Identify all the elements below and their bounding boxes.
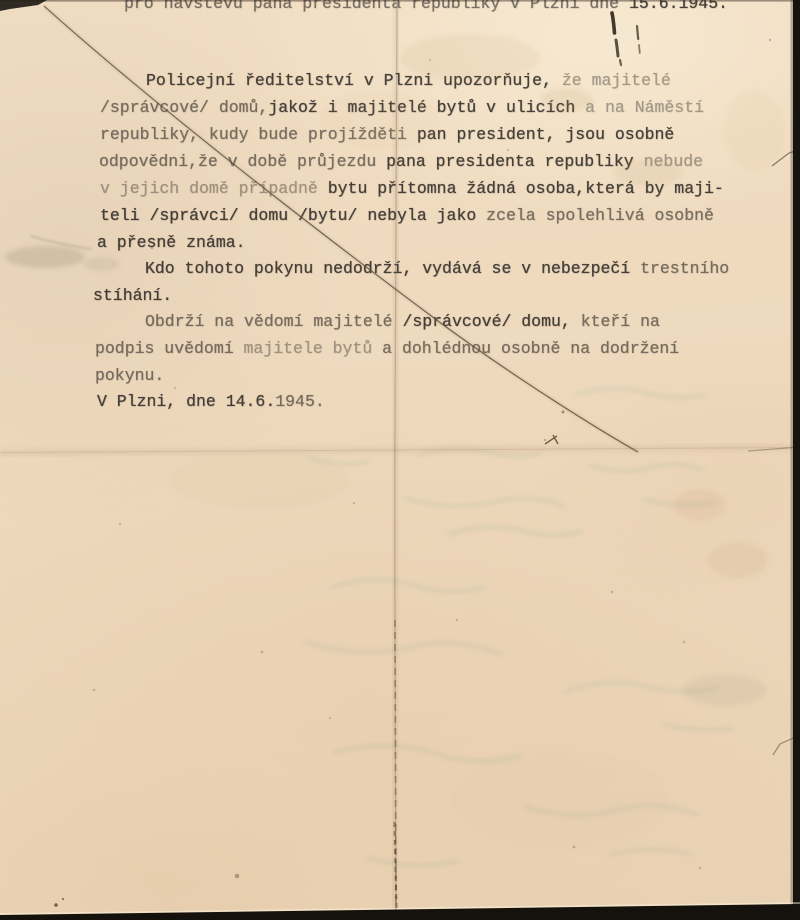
text-segment: jakož i majitelé bytů v ulicích — [268, 98, 575, 117]
ink-dash — [639, 45, 640, 53]
speck — [261, 651, 264, 654]
speck-dark — [62, 898, 64, 900]
right-edge-scratch — [772, 150, 798, 166]
text-segment: republiky, kudy bude projížděti — [100, 125, 417, 144]
bleed-through-writing — [305, 388, 733, 865]
typed-line-3: republiky, kudy bude projížděti pan pres… — [100, 125, 674, 145]
speck — [93, 689, 96, 692]
typed-line-dateline: V Plzni, dne 14.6.1945. — [97, 392, 325, 412]
bleed-squiggle — [565, 683, 718, 692]
stain — [708, 542, 768, 578]
speck — [699, 867, 701, 869]
text-segment: v jejich domě případně — [100, 179, 328, 198]
speck — [573, 846, 576, 849]
ink-dash — [620, 60, 621, 65]
stain — [170, 450, 350, 510]
stain — [450, 750, 670, 850]
stain — [674, 489, 726, 521]
scratch-arrow-mark — [545, 435, 558, 444]
text-segment: podpis uvědomí — [95, 339, 244, 358]
scan-edge-right — [793, 0, 800, 920]
speck — [456, 619, 458, 621]
text-segment-year: 1945. — [275, 392, 325, 411]
typed-line-9: stíhání. — [93, 286, 172, 306]
text-segment: a dohlédnou osobně na dodržení — [382, 339, 679, 358]
bleed-squiggle — [610, 849, 690, 855]
text-segment: nebude — [644, 152, 703, 171]
bleed-squiggle — [665, 725, 733, 730]
bleed-squiggle — [590, 464, 703, 470]
scan-corner-top-left — [0, 0, 47, 11]
speck — [353, 502, 355, 504]
text-segment: trestního — [640, 259, 729, 278]
text-segment: pana presidenta republiky — [386, 152, 643, 171]
text-segment: majitele bytů — [244, 339, 383, 358]
typed-line-1: Policejní ředitelství v Plzni upozorňuje… — [146, 71, 671, 91]
bleed-squiggle — [330, 580, 486, 592]
ink-dash — [616, 40, 618, 56]
bleed-squiggle — [448, 527, 581, 535]
text-segment: Obdrží na vědomí majitelé — [145, 312, 402, 331]
text-segment: Policejní ředitelství v Plzni upozorňuje… — [146, 71, 562, 90]
speck — [429, 59, 431, 61]
fold-shadow — [0, 447, 800, 453]
bleed-squiggle — [575, 388, 705, 397]
bleed-squiggle — [645, 500, 713, 505]
scan-edge-right-shadow — [791, 0, 794, 920]
text-segment: stíhání. — [93, 286, 172, 305]
stain-smudge-gray — [5, 246, 85, 268]
text-segment: bytu přítomna žádná osoba,která by maji- — [328, 179, 724, 198]
text-segment: a na Náměstí — [575, 98, 704, 117]
bleed-squiggle — [405, 498, 565, 507]
speck — [235, 874, 240, 879]
text-segment-date: 15.6.1945. — [629, 0, 728, 13]
bleed-squiggle — [420, 448, 540, 456]
typed-line-8: Kdo tohoto pokynu nedodrží, vydává se v … — [145, 259, 729, 279]
typed-line-2: /správcové/ domů,jakož i majitelé bytů v… — [100, 98, 704, 118]
speck — [562, 411, 565, 414]
stain — [683, 674, 767, 706]
typed-line-12: pokynu. — [95, 366, 164, 386]
typed-line-4: odpovědni,že v době průjezdu pana presid… — [99, 152, 703, 172]
typed-line-10: Obdrží na vědomí majitelé /správcové/ do… — [145, 312, 660, 332]
speck — [329, 717, 331, 719]
text-segment: kteří na — [581, 312, 660, 331]
text-segment: že majitelé — [562, 71, 671, 90]
speck — [769, 39, 771, 41]
speck — [119, 523, 121, 525]
speck — [544, 439, 546, 441]
stain — [725, 90, 785, 170]
ink-marks-top — [612, 13, 640, 65]
typed-line-7: a přesně známa. — [97, 233, 246, 253]
stain-smudge-gray — [84, 257, 120, 271]
bleed-squiggle — [368, 858, 458, 865]
bleed-squiggle — [310, 458, 368, 464]
right-edge-crack — [773, 735, 800, 755]
speck — [611, 591, 613, 593]
document-scan-page: pro návštěvu pana presidenta republiky v… — [0, 0, 800, 920]
horizontal-fold-crease — [0, 447, 800, 453]
speck-dark — [54, 903, 58, 907]
scan-edge-bottom — [0, 904, 800, 920]
bleed-squiggle — [335, 746, 519, 762]
bleed-squiggle — [305, 642, 500, 654]
ink-dash — [612, 13, 615, 33]
fold-dashes-bottom — [395, 822, 397, 912]
ink-dash — [637, 26, 638, 39]
speck — [507, 149, 509, 151]
text-segment: V Plzni, dne 14.6. — [97, 392, 275, 411]
text-segment: /správcové/ domu, — [402, 312, 580, 331]
text-segment: odpovědni,že v době průjezdu — [99, 152, 386, 171]
scan-edge-bottom-highlight — [0, 903, 800, 914]
text-segment: teli /správci/ domu /bytu/ nebyla jako — [100, 206, 486, 225]
text-segment: pro návštěvu pana presidenta republiky v… — [124, 0, 629, 13]
speck — [174, 387, 176, 389]
speck — [683, 641, 686, 644]
bleed-squiggle — [525, 806, 697, 816]
typed-line-6: teli /správci/ domu /bytu/ nebyla jako z… — [100, 206, 714, 226]
fold-line — [0, 448, 800, 453]
typed-line-11: podpis uvědomí majitele bytů a dohlédnou… — [95, 339, 679, 359]
text-segment: pokynu. — [95, 366, 164, 385]
text-segment: a přesně známa. — [97, 233, 246, 252]
fold-dashes-mid — [395, 620, 396, 914]
pencil-trace — [30, 236, 92, 249]
text-segment: pan president, jsou osobně — [417, 125, 674, 144]
text-segment: Kdo tohoto pokynu nedodrží, vydává se v … — [145, 259, 640, 278]
typed-line-5: v jejich domě případně bytu přítomna žád… — [100, 179, 724, 199]
text-segment: zcela spolehlivá osobně — [486, 206, 714, 225]
text-segment: /správcové/ domů, — [100, 98, 268, 117]
fold-line-right — [748, 447, 800, 451]
typed-line-header-cutoff: pro návštěvu pana presidenta republiky v… — [124, 0, 728, 14]
